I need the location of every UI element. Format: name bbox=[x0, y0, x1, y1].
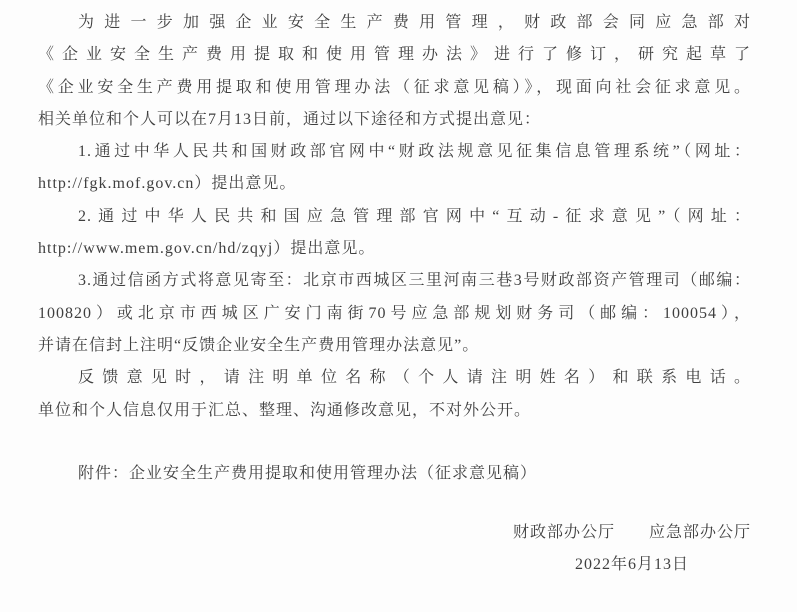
document-body: 为进一步加强企业安全生产费用管理，财政部会同应急部对《企业安全生产费用提取和使用… bbox=[0, 0, 797, 582]
attachment-line: 附件：企业安全生产费用提取和使用管理办法（征求意见稿） bbox=[38, 458, 751, 490]
paragraph-channel-mail: 3.通过信函方式将意见寄至：北京市西城区三里河南三巷3号财政部资产管理司（邮编：… bbox=[38, 265, 751, 362]
paragraph-channel-mem-website: 2.通过中华人民共和国应急管理部官网中“互动-征求意见”（网址：http://w… bbox=[38, 201, 751, 266]
signature-departments: 财政部办公厅 应急部办公厅 bbox=[513, 517, 751, 549]
signature-block: 财政部办公厅 应急部办公厅 2022年6月13日 bbox=[38, 517, 751, 582]
paragraph-channel-mof-website: 1.通过中华人民共和国财政部官网中“财政法规意见征集信息管理系统”（网址：htt… bbox=[38, 136, 751, 201]
signature-date: 2022年6月13日 bbox=[513, 549, 751, 581]
paragraph-feedback-note: 反馈意见时，请注明单位名称（个人请注明姓名）和联系电话。单位和个人信息仅用于汇总… bbox=[38, 362, 751, 427]
notice-document-page: 为进一步加强企业安全生产费用管理，财政部会同应急部对《企业安全生产费用提取和使用… bbox=[0, 0, 797, 612]
paragraph-intro: 为进一步加强企业安全生产费用管理，财政部会同应急部对《企业安全生产费用提取和使用… bbox=[38, 7, 751, 136]
signature-inner: 财政部办公厅 应急部办公厅 2022年6月13日 bbox=[513, 517, 751, 582]
